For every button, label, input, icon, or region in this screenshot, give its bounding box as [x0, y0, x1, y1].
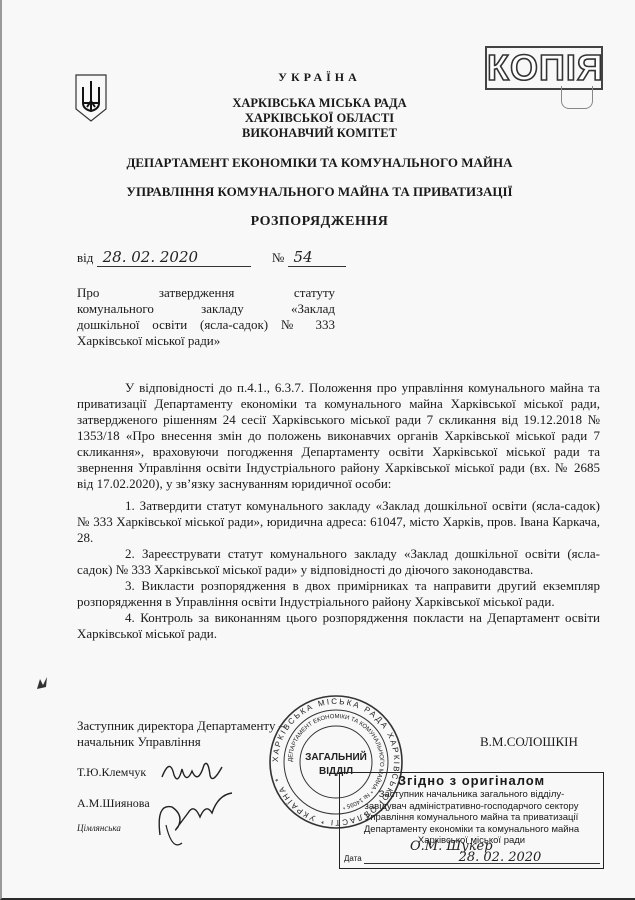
- approver-1: Т.Ю.Клемчук: [77, 764, 146, 780]
- svg-text:ЗАГАЛЬНИЙ: ЗАГАЛЬНИЙ: [305, 750, 367, 763]
- preamble-paragraph: У відповідності до п.4.1., 6.3.7. Положе…: [77, 380, 600, 492]
- certification-date: Дата 28. 02. 2020: [344, 852, 600, 865]
- order-item: 1. Затвердити статут комунального заклад…: [77, 498, 600, 546]
- signatory-name: В.М.СОЛОШКІН: [480, 734, 578, 750]
- document-date: 28. 02. 2020: [97, 248, 251, 267]
- certified-copy-stamp: Згідно з оригіналом Заступник начальника…: [339, 772, 604, 869]
- office-heading: УПРАВЛІННЯ КОМУНАЛЬНОГО МАЙНА ТА ПРИВАТИ…: [2, 184, 635, 200]
- ink-smudge-icon: [35, 675, 49, 691]
- country-heading: УКРАЇНА: [2, 70, 635, 85]
- order-item: 2. Зареєструвати статут комунального зак…: [77, 546, 600, 578]
- executor-name: Цімлянська: [77, 823, 121, 833]
- order-item: 4. Контроль за виконанням цього розпоряд…: [77, 610, 600, 642]
- council-heading: ХАРКІВСЬКА МІСЬКА РАДА ХАРКІВСЬКОЇ ОБЛАС…: [2, 96, 635, 141]
- date-number-line: від 28. 02. 2020 № 54: [77, 248, 346, 267]
- order-item: 3. Викласти розпорядження в двох примірн…: [77, 578, 600, 610]
- subject-block: Про затвердження статуту комунального за…: [77, 285, 335, 349]
- approver-2: А.М.Шиянова: [77, 795, 150, 811]
- order-items: 1. Затвердити статут комунального заклад…: [77, 498, 600, 642]
- document-number: 54: [288, 248, 346, 267]
- position-title: Заступник директора Департаменту – начал…: [77, 718, 285, 750]
- document-title: РОЗПОРЯДЖЕННЯ: [2, 214, 635, 230]
- document-page: КОПІЯ УКРАЇНА ХАРКІВСЬКА МІСЬКА РАДА ХАР…: [0, 0, 635, 900]
- certified-copy-title: Згідно з оригіналом: [340, 773, 603, 789]
- handwritten-signatures-icon: [152, 755, 242, 855]
- department-heading: ДЕПАРТАМЕНТ ЕКОНОМІКИ ТА КОМУНАЛЬНОГО МА…: [2, 155, 635, 171]
